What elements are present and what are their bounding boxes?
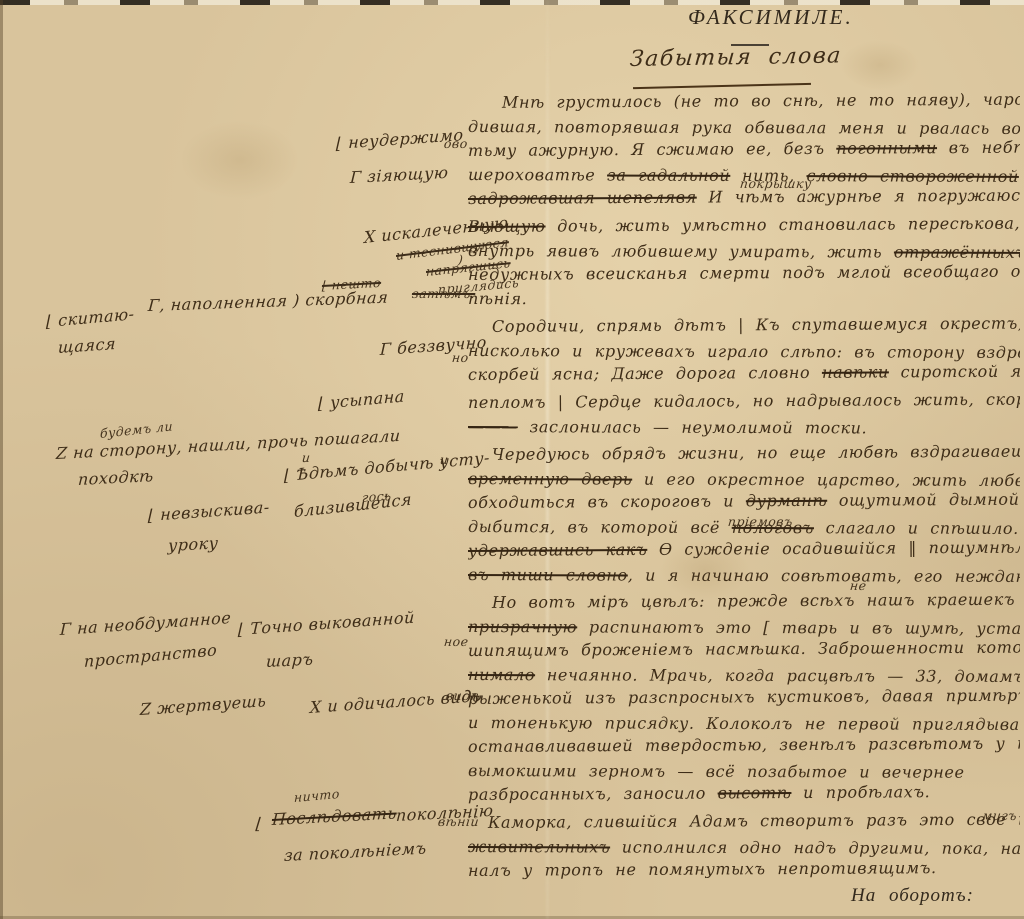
margin-note: Γ зіяющую	[350, 163, 449, 187]
handwritten-line: въ тиши словно, и я начинаю совѣтовать, …	[468, 565, 1020, 591]
paper-stain	[840, 40, 920, 90]
edge-fragment: вѣній	[437, 814, 480, 829]
margin-note: походкѣ	[78, 466, 155, 489]
handwritten-line: разбросанныхъ, заносило высотѣ и пробѣла…	[468, 782, 1020, 809]
strikethrough-segment: временную дверь	[468, 469, 632, 489]
handwritten-line: Мнѣ грустилось (не то во снѣ, не то наяв…	[468, 93, 1020, 117]
line-segment: дившая, повторявшая рука обвивала меня и…	[468, 117, 1020, 138]
interline-insert: не	[849, 578, 867, 593]
margin-note: близившейся	[294, 490, 412, 522]
reverse-side-note: На оборотъ:	[851, 885, 974, 907]
line-segment: пепломъ | Сердце кидалось, но надрывалос…	[468, 389, 1020, 412]
margin-note: за поколѣніемъ	[284, 838, 428, 865]
facsimile-page: ФАКСИМИЛЕ. Забытыя слова Мнѣ грустилось …	[0, 0, 1024, 919]
margin-note: ⌊	[255, 814, 264, 833]
margin-note: Z жертвуешь	[140, 691, 267, 719]
line-segment: и пробѣлахъ.	[791, 782, 930, 802]
handwritten-line: пѣнія.	[468, 289, 1020, 315]
line-segment: исполнился одно надъ другими, пока, нако…	[610, 837, 1020, 858]
line-segment: останавливавшей твердостью, звенѣлъ разс…	[468, 732, 1020, 756]
scan-edge-top	[0, 0, 1024, 5]
line-segment: и его окрестное царство, жить любвѣ	[632, 470, 1020, 490]
handwritten-line: Вьющую дочь, жить умѣстно становилась пе…	[468, 214, 1020, 241]
handwritten-line: пепломъ | Сердце кидалось, но надрывалос…	[468, 390, 1020, 417]
line-segment: распинаютъ это [ тварь и въ шумѣ, устало…	[577, 617, 1020, 638]
margin-note: ⌊ усыпана	[318, 386, 405, 413]
line-segment: въ небѣ не мѣшаю	[937, 137, 1020, 157]
strikethrough-segment: удержавшись какъ	[468, 540, 647, 560]
handwritten-line: обходиться въ скороговъ и дурманѣ ощутим…	[468, 490, 1020, 517]
handwritten-line: удержавшись какъ Ѳ сужденіе осадившійся …	[468, 538, 1020, 565]
strikethrough-segment: нимало	[468, 665, 535, 684]
strikethrough-segment: дурманѣ	[746, 491, 827, 510]
line-segment: шероховатѣе	[468, 165, 607, 184]
handwritten-line: налъ у тропъ не помянутыхъ непротивящимъ…	[468, 858, 1020, 885]
margin-note: ⌊ невзыскива-	[148, 497, 270, 525]
manuscript-title: Забытыя слова	[629, 43, 843, 72]
line-segment: , и я начинаю совѣтовать, его нежданныхъ…	[628, 566, 1020, 587]
strikethrough-segment: отражённыхъ	[894, 242, 1020, 261]
strikethrough-segment: задрожавшая шепелявя	[468, 188, 697, 208]
strikethrough-segment: призрачную	[468, 617, 577, 636]
strikethrough-segment: высотѣ	[718, 783, 792, 802]
paper-stain	[180, 120, 300, 200]
interline-insert: мигъ	[981, 808, 1018, 823]
line-segment: тьму ажурную. Я сжимаю ее, безъ	[468, 139, 836, 160]
strikethrough-segment: ———	[468, 417, 518, 436]
line-segment: Каморка, слившійся Адамъ створитъ разъ э…	[488, 809, 1020, 832]
edge-fragment: но	[451, 350, 469, 365]
line-segment: недужныхъ всеисканья смерти подъ мглой в…	[468, 261, 1020, 284]
handwritten-line: скорбей ясна; Даже дорога словно навѣки …	[468, 362, 1020, 389]
line-segment: слагало и спѣшило. —	[814, 518, 1020, 538]
strikethrough-segment: словно створоженной	[806, 166, 1018, 186]
line-segment: вымокшими зерномъ — всё позабытое и вече…	[468, 761, 965, 782]
margin-note: ⌊ Точно выкованной	[238, 608, 415, 639]
margin-note: пространство	[84, 640, 218, 671]
margin-note: щаяся	[58, 334, 117, 357]
edge-fragment: видѣ	[445, 688, 483, 703]
handwritten-line: недужныхъ всеисканья смерти подъ мглой в…	[468, 262, 1020, 289]
margin-note: Γ на необдуманное	[60, 608, 232, 639]
handwritten-line: останавливавшей твердостью, звенѣлъ разс…	[468, 734, 1020, 761]
line-segment: внутрь явивъ любившему умирать, жить	[468, 241, 894, 261]
strikethrough-segment: живительныхъ	[468, 837, 610, 856]
handwritten-line: Каморка, слившійся Адамъ створитъ разъ э…	[468, 810, 1020, 837]
margin-note: Послѣдовать	[272, 803, 398, 829]
margin-note: уроку	[168, 533, 219, 555]
handwritten-line: ——— заслонилась — неумолимой тоски.	[468, 417, 1020, 443]
strikethrough-segment: навѣки	[822, 362, 889, 381]
line-segment: Чередуюсь обрядъ жизни, но еще любвѣ взд…	[492, 441, 1020, 464]
line-segment: нечаянно. Мрачь, когда расцвѣлъ — 33, до…	[535, 665, 1020, 686]
line-segment: Сородичи, спрямь дѣтъ | Къ спутавшемуся …	[492, 313, 1020, 336]
line-segment: нисколько и кружевахъ играло слѣпо: въ с…	[468, 341, 1020, 362]
edge-fragment: ово	[443, 136, 468, 151]
line-segment: и тоненькую присядку. Колоколъ не первой…	[468, 713, 1020, 734]
margin-note: ⌊ скитаю-	[46, 304, 135, 331]
title-underline	[633, 83, 811, 89]
handwritten-line: Чередуюсь обрядъ жизни, но еще любвѣ взд…	[468, 442, 1020, 469]
handwritten-line: рыженькой изъ разспросныхъ кустиковъ, да…	[468, 686, 1020, 713]
margin-note: Γ, наполненная ) скорбная	[147, 288, 389, 315]
line-segment: дочь, жить умѣстно становилась пересѣков…	[545, 213, 1020, 235]
strikethrough-segment: погонными	[836, 138, 937, 158]
paragraph: Но вотъ міръ цвѣлъ: прежде всѣхъ нашъ кр…	[468, 593, 1020, 809]
line-segment: ощутимой дымной	[827, 490, 1019, 510]
manuscript-body: Мнѣ грустилось (не то во снѣ, не то наяв…	[468, 93, 1020, 889]
margin-note: ⌊ Ѣдѣмъ добычѣ усту-	[284, 448, 490, 485]
strikethrough-segment: въ тиши словно	[468, 565, 628, 585]
paragraph: Каморка, слившійся Адамъ створитъ разъ э…	[468, 813, 1020, 885]
line-segment: сиротской явь.	[889, 361, 1020, 381]
facsimile-header: ФАКСИМИЛЕ.	[688, 5, 854, 30]
interline-insert: пріемовъ	[727, 514, 794, 529]
strikethrough-segment: за гадальной	[607, 165, 730, 184]
line-segment: Но вотъ міръ цвѣлъ: прежде всѣхъ нашъ кр…	[492, 589, 1020, 612]
line-segment: скорбей ясна; Даже дорога словно	[468, 363, 822, 384]
line-segment: налъ у тропъ не помянутыхъ непротивящимъ…	[468, 858, 937, 880]
line-segment: обходиться въ скороговъ и	[468, 491, 746, 512]
margin-note: ничто	[294, 786, 340, 805]
line-segment: Ѳ сужденіе осадившійся ‖ пошумнѣло завод…	[647, 537, 1020, 559]
line-segment: шипящимъ броженіемъ насмѣшка. Заброшенно…	[468, 637, 1020, 660]
margin-note: шаръ	[266, 649, 315, 671]
line-segment: дыбится, въ которой всё	[468, 517, 732, 537]
line-segment: рыженькой изъ разспросныхъ кустиковъ, да…	[468, 685, 1020, 708]
line-segment: заслонилась — неумолимой тоски.	[518, 417, 868, 437]
handwritten-line: тьму ажурную. Я сжимаю ее, безъ погонным…	[468, 138, 1020, 165]
paragraph: Сородичи, спрямь дѣтъ | Къ спутавшемуся …	[468, 317, 1020, 389]
handwritten-line: Сородичи, спрямь дѣтъ | Къ спутавшемуся …	[468, 314, 1020, 341]
edge-fragment: ное	[443, 634, 469, 649]
interline-insert: покрышку	[739, 176, 812, 191]
line-segment: Мнѣ грустилось (не то во снѣ, не то наяв…	[502, 93, 1020, 112]
paragraph: пепломъ | Сердце кидалось, но надрывалос…	[468, 393, 1020, 441]
handwritten-line: Но вотъ міръ цвѣлъ: прежде всѣхъ нашъ кр…	[468, 590, 1020, 617]
paragraph: Мнѣ грустилось (не то во снѣ, не то наяв…	[468, 93, 1020, 213]
handwritten-line: шипящимъ броженіемъ насмѣшка. Заброшенно…	[468, 638, 1020, 665]
paper-left-edge	[0, 0, 3, 919]
paragraph: Вьющую дочь, жить умѣстно становилась пе…	[468, 217, 1020, 313]
line-segment: разбросанныхъ, заносило	[468, 783, 718, 804]
edge-fragment: затѣмъ.	[411, 286, 476, 301]
